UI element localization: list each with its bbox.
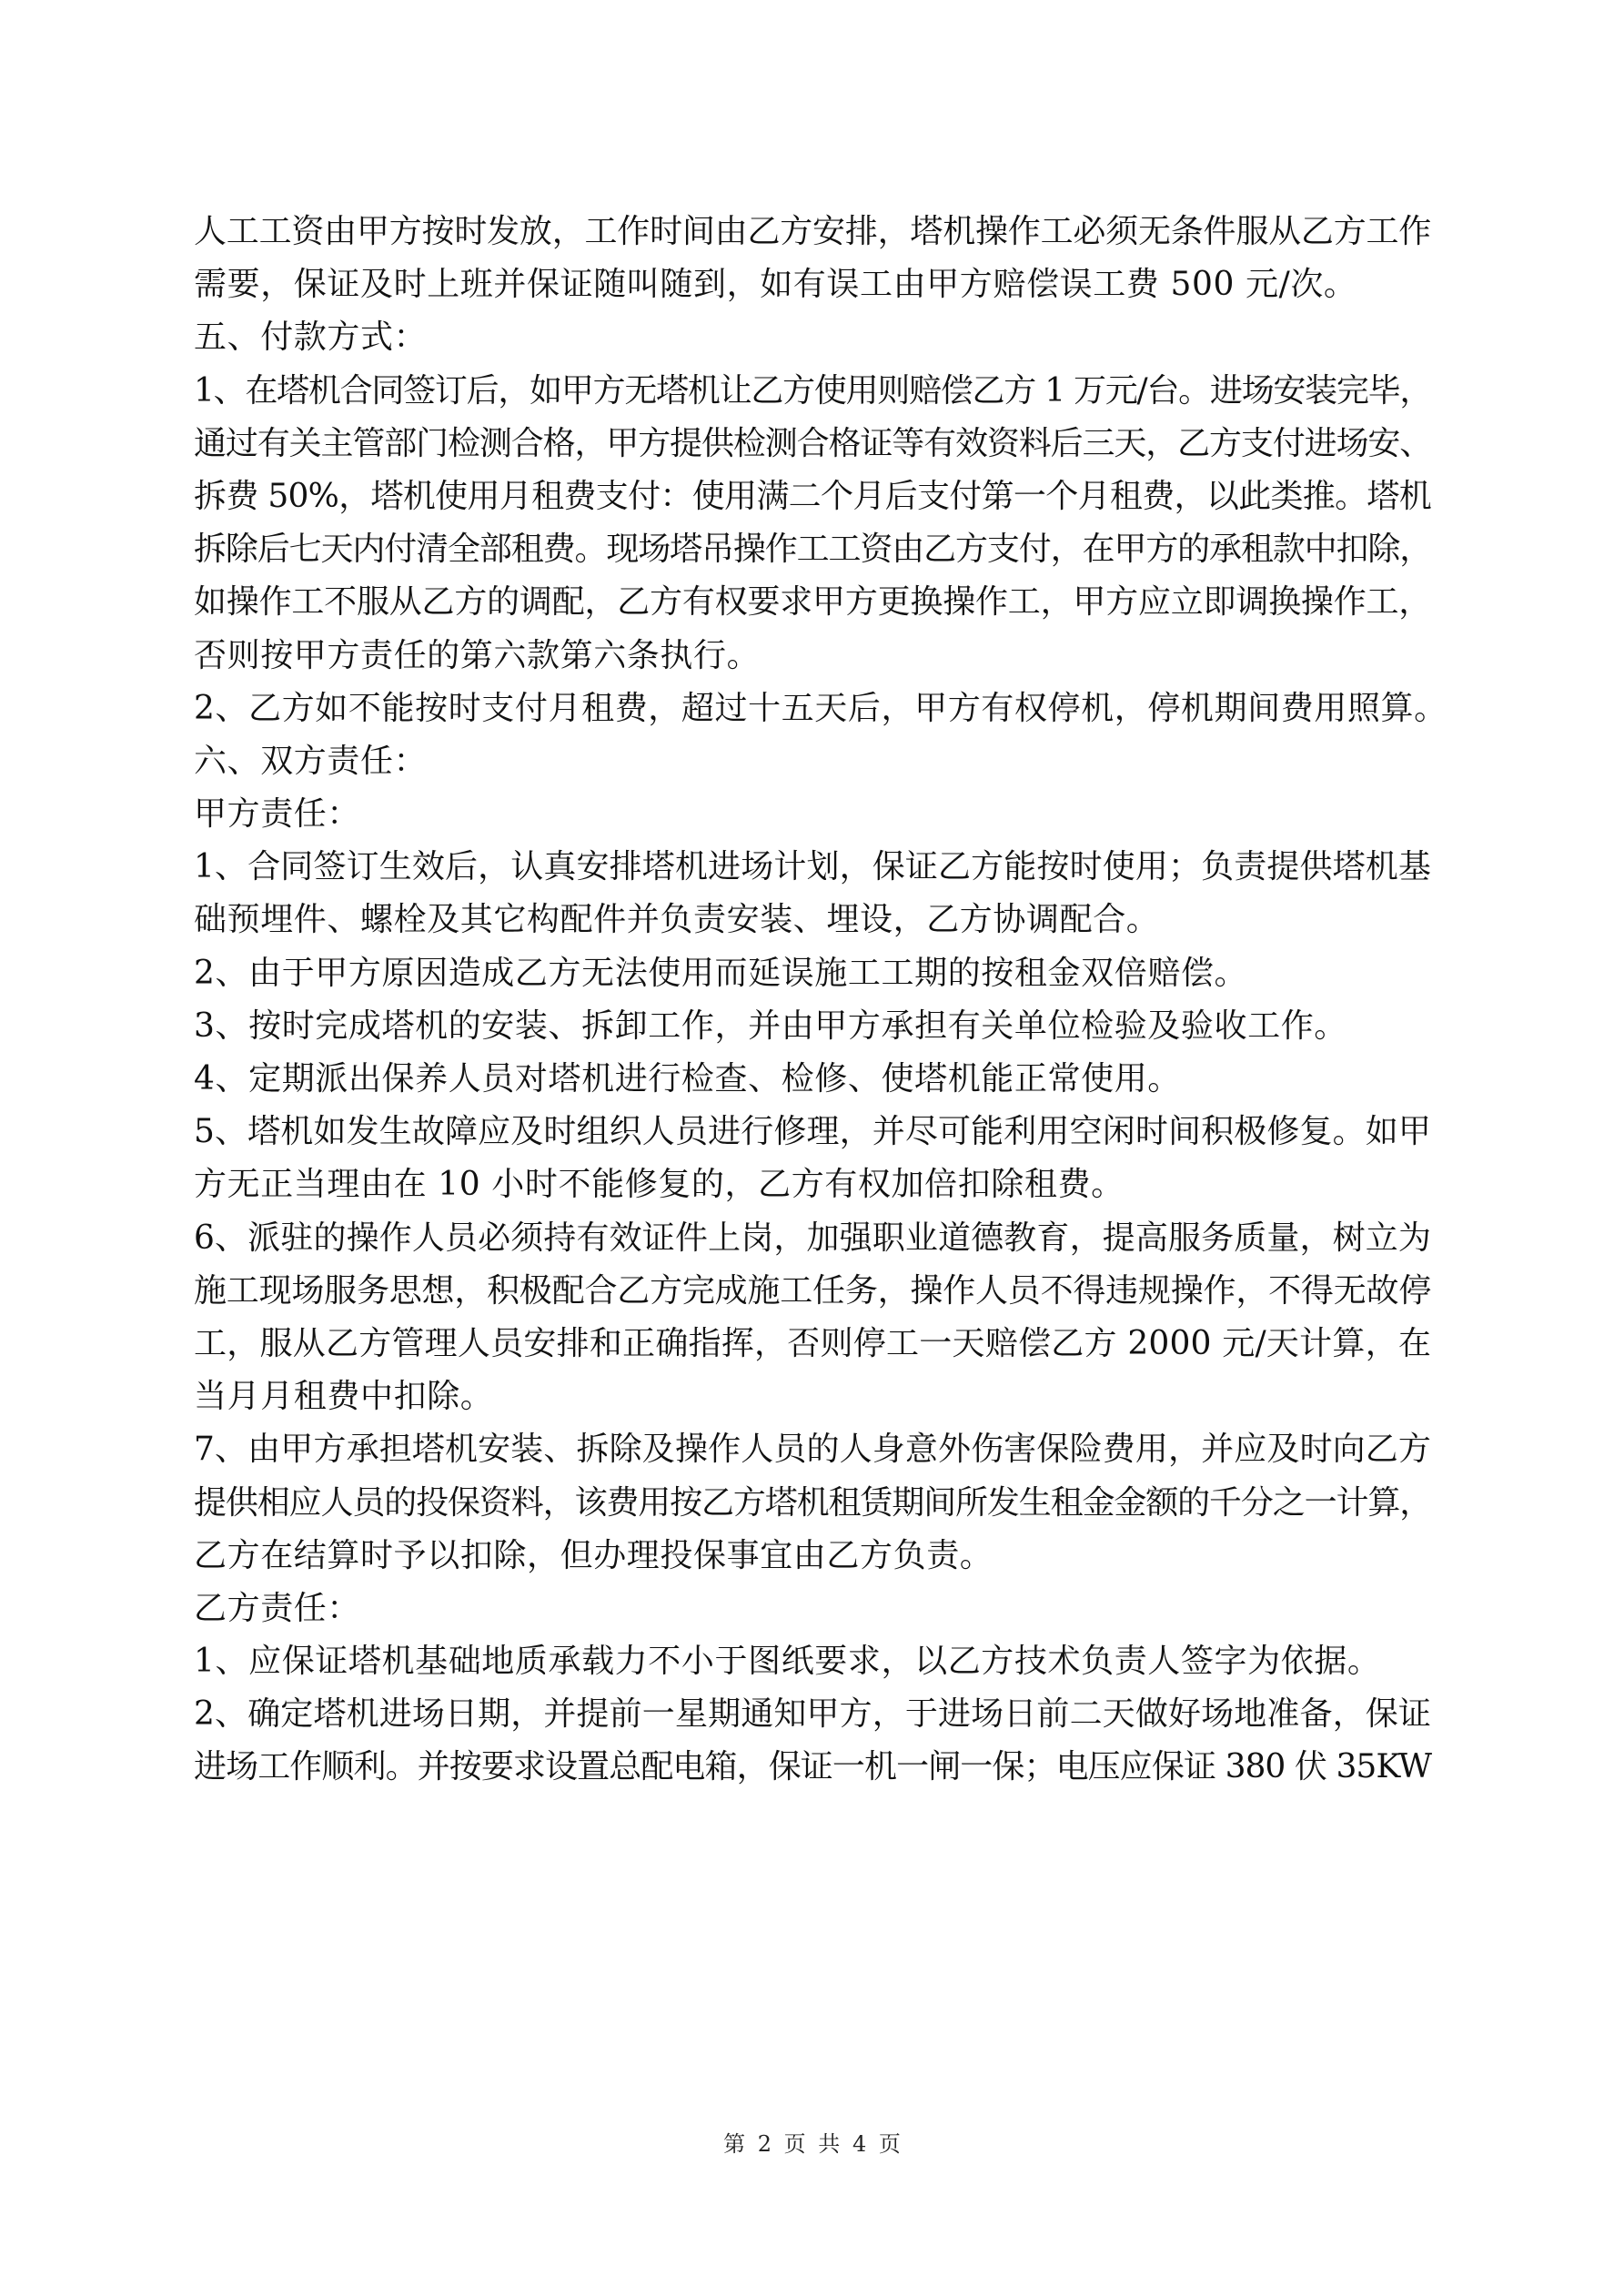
text-line: 施工现场服务思想，积极配合乙方完成施工任务，操作人员不得违规操作，不得无故停: [194, 1265, 1431, 1318]
text-line: 乙方责任：: [194, 1583, 1431, 1635]
text-line: 4、定期派出保养人员对塔机进行检查、检修、使塔机能正常使用。: [194, 1053, 1431, 1106]
page-footer: 第 2 页 共 4 页: [0, 2126, 1624, 2158]
text-line: 甲方责任：: [194, 788, 1431, 841]
contract-body: 人工工资由甲方按时发放，工作时间由乙方安排，塔机操作工必须无条件服从乙方工作需要…: [194, 206, 1431, 1795]
text-line: 乙方在结算时予以扣除，但办理投保事宜由乙方负责。: [194, 1530, 1431, 1583]
text-line: 五、付款方式：: [194, 311, 1431, 364]
text-line: 1、在塔机合同签订后，如甲方无塔机让乙方使用则赔偿乙方 1 万元/台。进场安装完…: [194, 365, 1431, 418]
text-line: 当月月租费中扣除。: [194, 1371, 1431, 1423]
text-line: 2、乙方如不能按时支付月租费，超过十五天后，甲方有权停机，停机期间费用照算。: [194, 683, 1431, 735]
text-line: 否则按甲方责任的第六款第六条执行。: [194, 630, 1431, 683]
text-line: 7、由甲方承担塔机安装、拆除及操作人员的人身意外伤害保险费用，并应及时向乙方: [194, 1423, 1431, 1476]
text-line: 人工工资由甲方按时发放，工作时间由乙方安排，塔机操作工必须无条件服从乙方工作: [194, 206, 1431, 258]
text-line: 1、应保证塔机基础地质承载力不小于图纸要求，以乙方技术负责人签字为依据。: [194, 1635, 1431, 1688]
text-line: 工，服从乙方管理人员安排和正确指挥，否则停工一天赔偿乙方 2000 元/天计算，…: [194, 1318, 1431, 1371]
text-line: 需要，保证及时上班并保证随叫随到，如有误工由甲方赔偿误工费 500 元/次。: [194, 258, 1431, 311]
text-line: 拆除后七天内付清全部租费。现场塔吊操作工工资由乙方支付，在甲方的承租款中扣除，: [194, 523, 1431, 576]
text-line: 2、由于甲方原因造成乙方无法使用而延误施工工期的按租金双倍赔偿。: [194, 947, 1431, 1000]
text-line: 6、派驻的操作人员必须持有效证件上岗，加强职业道德教育，提高服务质量，树立为: [194, 1212, 1431, 1265]
document-page: 人工工资由甲方按时发放，工作时间由乙方安排，塔机操作工必须无条件服从乙方工作需要…: [0, 0, 1624, 2296]
text-line: 进场工作顺利。并按要求设置总配电箱，保证一机一闸一保；电压应保证 380 伏 3…: [194, 1741, 1431, 1794]
text-line: 2、确定塔机进场日期，并提前一星期通知甲方，于进场日前二天做好场地准备，保证: [194, 1688, 1431, 1741]
text-line: 方无正当理由在 10 小时不能修复的，乙方有权加倍扣除租费。: [194, 1158, 1431, 1211]
text-line: 5、塔机如发生故障应及时组织人员进行修理，并尽可能利用空闲时间积极修复。如甲: [194, 1106, 1431, 1158]
text-line: 拆费 50%，塔机使用月租费支付：使用满二个月后支付第一个月租费，以此类推。塔机: [194, 470, 1431, 523]
text-line: 3、按时完成塔机的安装、拆卸工作，并由甲方承担有关单位检验及验收工作。: [194, 1000, 1431, 1053]
text-line: 通过有关主管部门检测合格，甲方提供检测合格证等有效资料后三天，乙方支付进场安、: [194, 418, 1431, 470]
text-line: 如操作工不服从乙方的调配，乙方有权要求甲方更换操作工，甲方应立即调换操作工，: [194, 576, 1431, 629]
text-line: 提供相应人员的投保资料，该费用按乙方塔机租赁期间所发生租金金额的千分之一计算，: [194, 1477, 1431, 1530]
text-line: 1、合同签订生效后，认真安排塔机进场计划，保证乙方能按时使用；负责提供塔机基: [194, 841, 1431, 894]
text-line: 础预埋件、螺栓及其它构配件并负责安装、埋设，乙方协调配合。: [194, 894, 1431, 946]
text-line: 六、双方责任：: [194, 735, 1431, 788]
